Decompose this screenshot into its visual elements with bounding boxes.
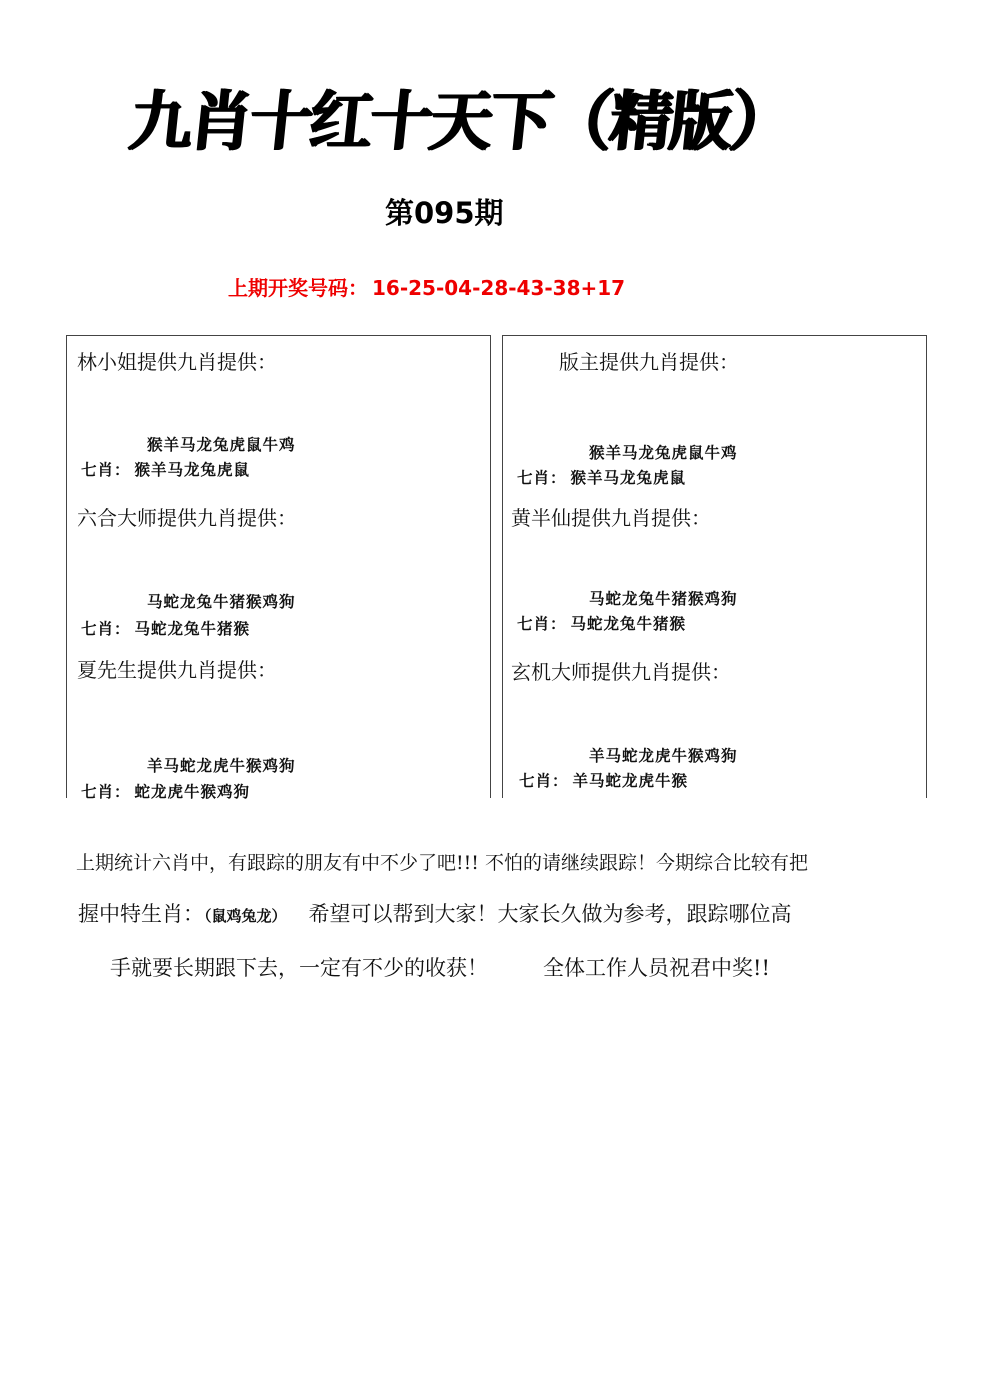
- seven-label: 七肖：: [519, 771, 569, 790]
- seven-zodiac: 七肖：羊马蛇龙虎牛猴: [519, 770, 688, 792]
- footer-line-1: 上期统计六肖中，有跟踪的朋友有中不少了吧!!! 不怕的请继续跟踪！今期综合比较有…: [76, 848, 808, 878]
- provider-title: 夏先生提供九肖提供：: [77, 656, 277, 684]
- seven-zodiac: 七肖：马蛇龙兔牛猪猴: [81, 618, 250, 640]
- seven-zodiac: 七肖：蛇龙虎牛猴鸡狗: [81, 781, 250, 803]
- provider-title: 黄半仙提供九肖提供：: [511, 504, 711, 532]
- seven-values: 猴羊马龙兔虎鼠: [571, 468, 687, 487]
- seven-label: 七肖：: [81, 460, 131, 479]
- footer-line-3-main: 手就要长期跟下去，一定有不少的收获！: [110, 956, 488, 980]
- seven-label: 七肖：: [517, 468, 567, 487]
- previous-draw-numbers: 16-25-04-28-43-38+17: [372, 276, 625, 300]
- seven-label: 七肖：: [517, 614, 567, 633]
- nine-zodiac: 羊马蛇龙虎牛猴鸡狗: [147, 755, 296, 777]
- seven-label: 七肖：: [81, 619, 131, 638]
- seven-zodiac: 七肖：马蛇龙兔牛猪猴: [517, 613, 686, 635]
- provider-title: 六合大师提供九肖提供：: [77, 504, 297, 532]
- nine-zodiac: 马蛇龙兔牛猪猴鸡狗: [589, 588, 738, 610]
- seven-zodiac: 七肖：猴羊马龙兔虎鼠: [517, 467, 686, 489]
- seven-values: 马蛇龙兔牛猪猴: [135, 619, 251, 638]
- nine-zodiac: 羊马蛇龙虎牛猴鸡狗: [589, 745, 738, 767]
- nine-zodiac: 马蛇龙兔牛猪猴鸡狗: [147, 591, 296, 613]
- seven-values: 羊马蛇龙虎牛猴: [573, 771, 689, 790]
- provider-title: 林小姐提供九肖提供：: [77, 348, 277, 376]
- nine-zodiac: 猴羊马龙兔虎鼠牛鸡: [147, 434, 296, 456]
- special-zodiac-picks: （鼠鸡兔龙）: [204, 907, 287, 925]
- previous-draw-label: 上期开奖号码：: [228, 276, 368, 300]
- provider-title: 版主提供九肖提供：: [559, 348, 739, 376]
- footer-line-2-prefix: 握中特生肖：: [78, 902, 204, 926]
- seven-values: 马蛇龙兔牛猪猴: [571, 614, 687, 633]
- nine-zodiac: 猴羊马龙兔虎鼠牛鸡: [589, 442, 738, 464]
- provider-title: 玄机大师提供九肖提供：: [511, 658, 731, 686]
- right-column: 版主提供九肖提供： 猴羊马龙兔虎鼠牛鸡 七肖：猴羊马龙兔虎鼠 黄半仙提供九肖提供…: [502, 335, 927, 798]
- seven-zodiac: 七肖：猴羊马龙兔虎鼠: [81, 459, 250, 481]
- footer-line-2-suffix: 希望可以帮到大家！大家长久做为参考，跟踪哪位高: [309, 902, 792, 926]
- footer-line-3: 手就要长期跟下去，一定有不少的收获！全体工作人员祝君中奖!!: [110, 953, 770, 983]
- left-column: 林小姐提供九肖提供： 猴羊马龙兔虎鼠牛鸡 七肖：猴羊马龙兔虎鼠 六合大师提供九肖…: [66, 335, 491, 798]
- issue-number: 第095期: [385, 193, 504, 233]
- seven-values: 蛇龙虎牛猴鸡狗: [135, 782, 251, 801]
- previous-draw: 上期开奖号码：16-25-04-28-43-38+17: [228, 272, 625, 304]
- footer-line-2: 握中特生肖：（鼠鸡兔龙）希望可以帮到大家！大家长久做为参考，跟踪哪位高: [78, 899, 792, 931]
- page-title: 九肖十红十天下（精版）: [126, 80, 815, 164]
- footer-wish: 全体工作人员祝君中奖!!: [543, 956, 770, 980]
- seven-values: 猴羊马龙兔虎鼠: [135, 460, 251, 479]
- seven-label: 七肖：: [81, 782, 131, 801]
